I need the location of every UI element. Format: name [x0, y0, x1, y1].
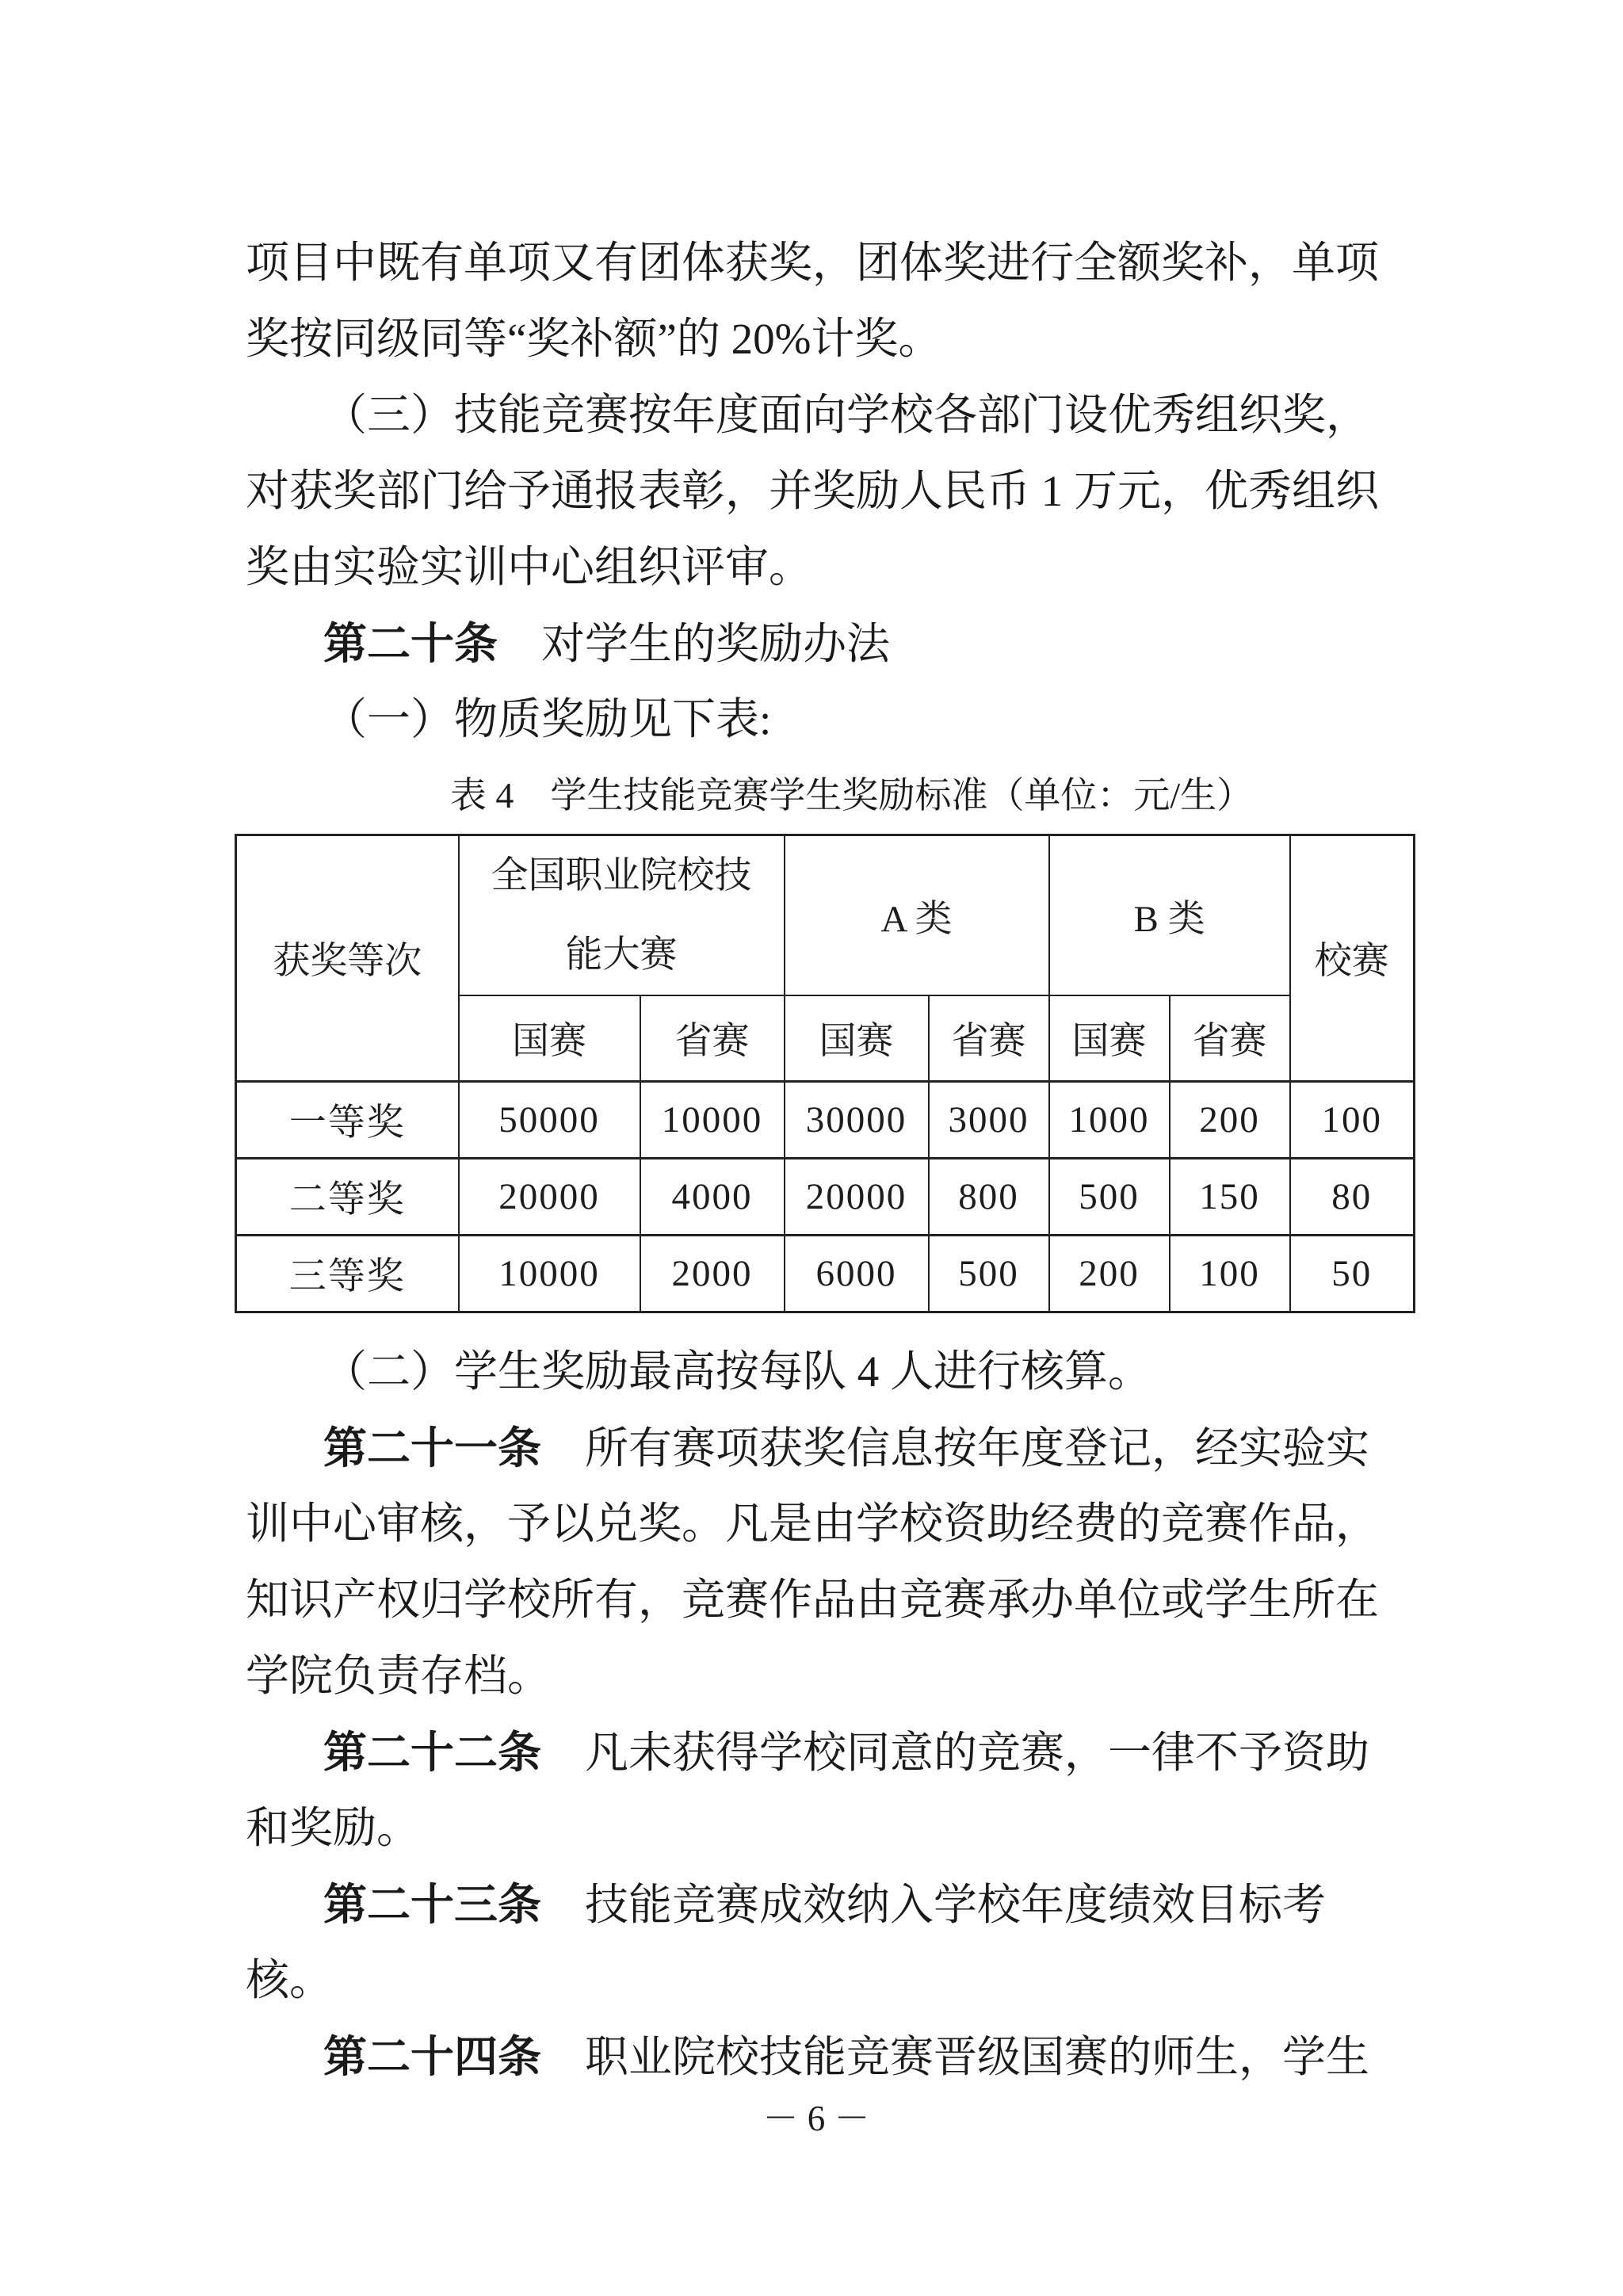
table-caption: 表 4 学生技能竞赛学生奖励标准（单位：元/生）: [235, 758, 1413, 834]
article-number: 第二十二条: [323, 1728, 541, 1777]
body-line: （一）物质奖励见下表:: [246, 682, 1387, 758]
line-text: 职业院校技能竞赛晋级国赛的师生，学生: [541, 2033, 1369, 2081]
table-cell: 150: [1170, 1158, 1290, 1235]
line-text: 项目中既有单项又有团体获奖，团体奖进行全额奖补，单项: [246, 239, 1379, 287]
line-text: 凡未获得学校同意的竞赛，一律不予资助: [541, 1729, 1369, 1777]
table-cell: 10000: [640, 1081, 785, 1158]
body-line: 训中心审核，予以兑奖。凡是由学校资助经费的竞赛作品，: [246, 1486, 1387, 1562]
document-page: 项目中既有单项又有团体获奖，团体奖进行全额奖补，单项 奖按同级同等“奖补额”的 …: [0, 0, 1623, 2296]
table-cell: 20000: [459, 1158, 640, 1235]
sub-header-national: 国赛: [785, 995, 929, 1081]
table-cell: 800: [929, 1158, 1049, 1235]
table-cell: 50: [1290, 1235, 1415, 1312]
table-cell: 80: [1290, 1158, 1415, 1235]
table-cell: 200: [1049, 1235, 1170, 1312]
line-text: 奖由实验实训中心组织评审。: [246, 543, 812, 591]
table-cell: 100: [1290, 1081, 1415, 1158]
line-text: 奖按同级同等“奖补额”的 20%计奖。: [246, 315, 941, 363]
col-header-award-level: 获奖等次: [236, 835, 459, 1082]
table-cell: 500: [929, 1235, 1049, 1312]
table-cell: 20000: [785, 1158, 929, 1235]
table-cell: 100: [1170, 1235, 1290, 1312]
article-number: 第二十四条: [323, 2032, 541, 2081]
line-text: 和奖励。: [246, 1804, 420, 1852]
sub-header-provincial: 省赛: [640, 995, 785, 1081]
group-header-text: 全国职业院校技能大赛: [485, 836, 758, 995]
row-label: 一等奖: [236, 1081, 459, 1158]
line-text: 对获奖部门给予通报表彰，并奖励人民币 1 万元，优秀组织: [246, 467, 1379, 515]
body-line: （二）学生奖励最高按每队 4 人进行核算。: [246, 1334, 1387, 1410]
body-line: 第二十三条 技能竞赛成效纳入学校年度绩效目标考: [246, 1866, 1387, 1943]
body-line: 核。: [246, 1943, 1387, 2019]
col-header-national-vocational-contest: 全国职业院校技能大赛: [459, 835, 785, 996]
table-cell: 10000: [459, 1235, 640, 1312]
table-cell: 200: [1170, 1081, 1290, 1158]
col-header-class-b: B 类: [1049, 835, 1290, 996]
col-header-school-contest: 校赛: [1290, 835, 1415, 1082]
body-line: 第二十一条 所有赛项获奖信息按年度登记，经实验实: [246, 1410, 1387, 1486]
line-text: 核。: [246, 1956, 333, 2004]
body-line: 奖按同级同等“奖补额”的 20%计奖。: [246, 301, 1387, 377]
line-text: （二）学生奖励最高按每队 4 人进行核算。: [323, 1347, 1151, 1396]
body-line: 学院负责存档。: [246, 1638, 1387, 1714]
table-row-second-prize: 二等奖 20000 4000 20000 800 500 150 80: [236, 1158, 1415, 1235]
table-cell: 4000: [640, 1158, 785, 1235]
table-cell: 6000: [785, 1235, 929, 1312]
table-header-row-1: 获奖等次 全国职业院校技能大赛 A 类 B 类 校赛: [236, 835, 1415, 996]
body-line: 对获奖部门给予通报表彰，并奖励人民币 1 万元，优秀组织: [246, 453, 1387, 529]
table-cell: 30000: [785, 1081, 929, 1158]
table-row-third-prize: 三等奖 10000 2000 6000 500 200 100 50: [236, 1235, 1415, 1312]
body-line: 奖由实验实训中心组织评审。: [246, 529, 1387, 606]
table-cell: 500: [1049, 1158, 1170, 1235]
table-cell: 50000: [459, 1081, 640, 1158]
table-row-first-prize: 一等奖 50000 10000 30000 3000 1000 200 100: [236, 1081, 1415, 1158]
document-section-2: （二）学生奖励最高按每队 4 人进行核算。 第二十一条 所有赛项获奖信息按年度登…: [246, 1334, 1387, 2095]
table-cell: 2000: [640, 1235, 785, 1312]
line-text: 对学生的奖励办法: [498, 620, 890, 668]
row-label: 三等奖: [236, 1235, 459, 1312]
article-number: 第二十条: [323, 619, 498, 668]
line-text: 学院负责存档。: [246, 1652, 551, 1700]
line-text: 知识产权归学校所有，竞赛作品由竞赛承办单位或学生所在: [246, 1576, 1379, 1624]
table-cell: 3000: [929, 1081, 1049, 1158]
body-line: 和奖励。: [246, 1790, 1387, 1866]
article-number: 第二十三条: [323, 1880, 541, 1929]
sub-header-national: 国赛: [1049, 995, 1170, 1081]
document-content: 项目中既有单项又有团体获奖，团体奖进行全额奖补，单项 奖按同级同等“奖补额”的 …: [0, 0, 1623, 2157]
body-line: 知识产权归学校所有，竞赛作品由竞赛承办单位或学生所在: [246, 1562, 1387, 1638]
body-line: 项目中既有单项又有团体获奖，团体奖进行全额奖补，单项: [246, 225, 1387, 301]
body-line: （三）技能竞赛按年度面向学校各部门设优秀组织奖，: [246, 377, 1387, 453]
line-text: 所有赛项获奖信息按年度登记，经实验实: [541, 1424, 1369, 1473]
col-header-class-a: A 类: [785, 835, 1049, 996]
row-label: 二等奖: [236, 1158, 459, 1235]
sub-header-national: 国赛: [459, 995, 640, 1081]
line-text: （三）技能竞赛按年度面向学校各部门设优秀组织奖，: [323, 391, 1369, 439]
table-cell: 1000: [1049, 1081, 1170, 1158]
line-text: （一）物质奖励见下表:: [323, 695, 771, 743]
article-number: 第二十一条: [323, 1423, 541, 1473]
reward-table: 获奖等次 全国职业院校技能大赛 A 类 B 类 校赛 国赛 省赛 国赛 省赛 国…: [235, 834, 1415, 1313]
body-line: 第二十条 对学生的奖励办法: [246, 606, 1387, 682]
sub-header-provincial: 省赛: [929, 995, 1049, 1081]
sub-header-provincial: 省赛: [1170, 995, 1290, 1081]
line-text: 训中心审核，予以兑奖。凡是由学校资助经费的竞赛作品，: [246, 1499, 1379, 1548]
body-line: 第二十二条 凡未获得学校同意的竞赛，一律不予资助: [246, 1714, 1387, 1790]
line-text: 技能竞赛成效纳入学校年度绩效目标考: [541, 1881, 1326, 1929]
